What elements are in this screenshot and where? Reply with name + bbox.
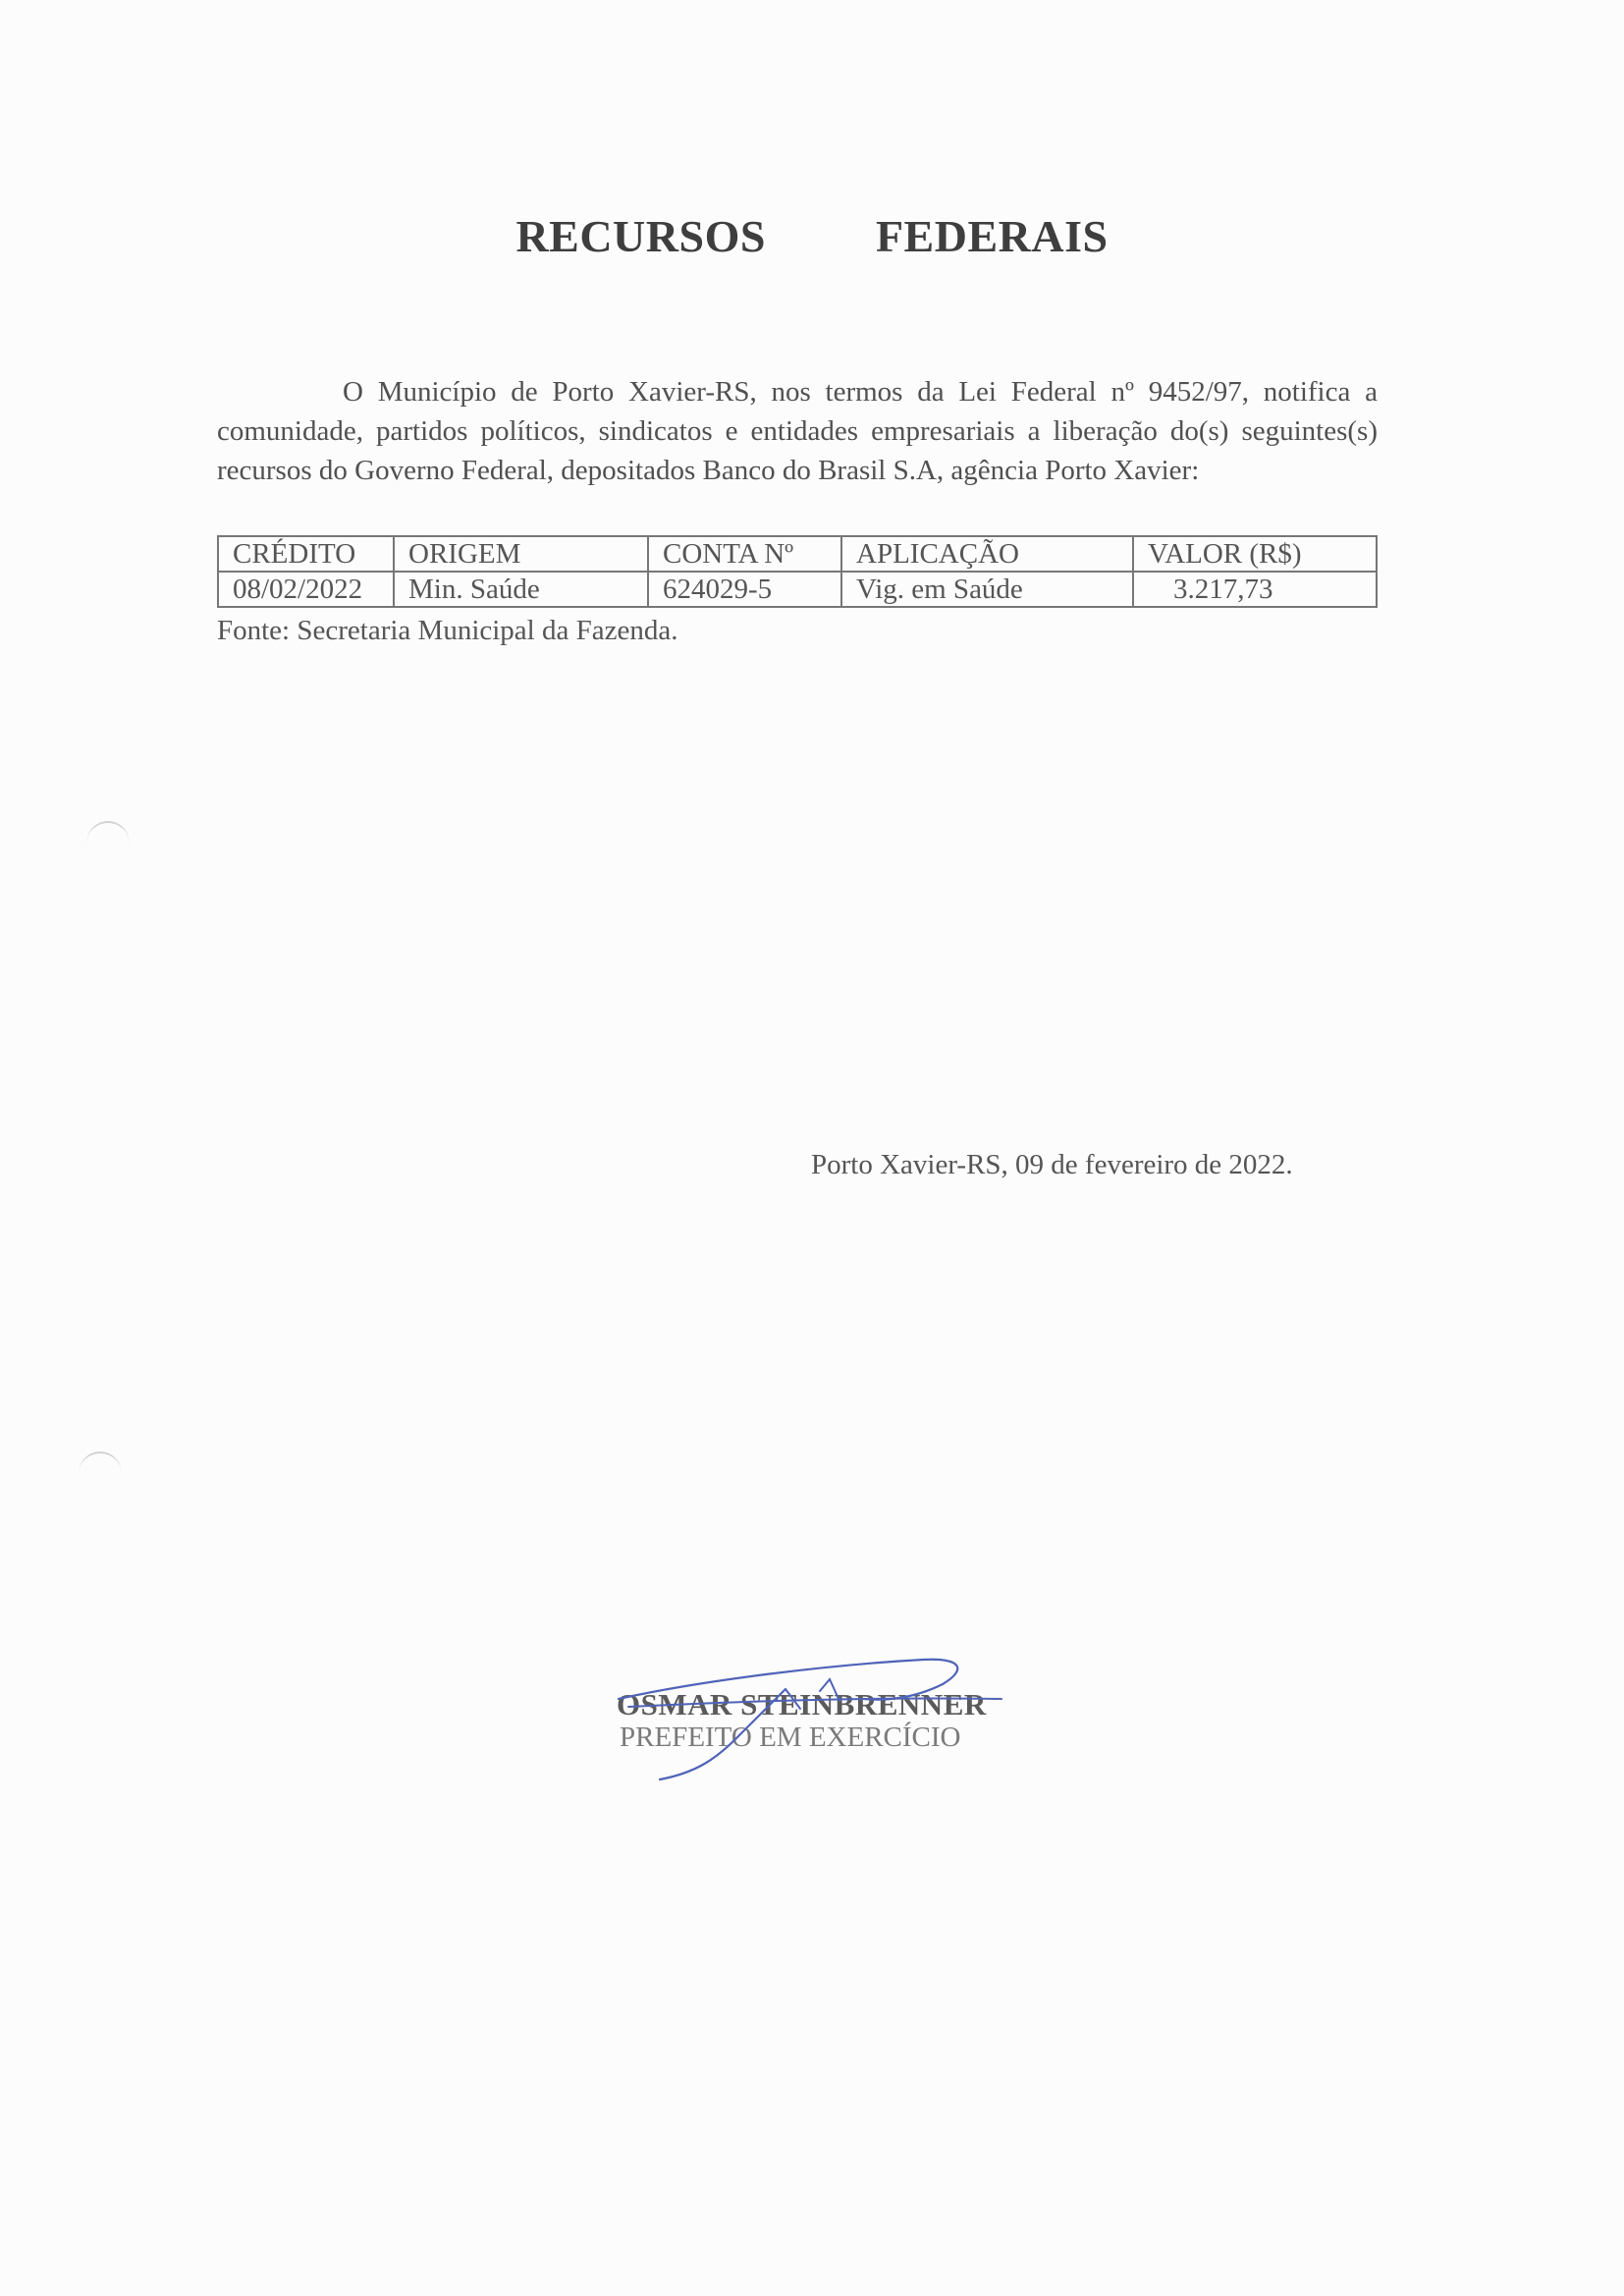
punch-hole-mark bbox=[86, 821, 130, 866]
cell-account: 624029-5 bbox=[648, 572, 841, 607]
column-header: ORIGEM bbox=[394, 536, 648, 572]
cell-value: 3.217,73 bbox=[1133, 572, 1377, 607]
title-word: RECURSOS bbox=[515, 210, 766, 262]
column-header: VALOR (R$) bbox=[1133, 536, 1377, 572]
cell-credit-date: 08/02/2022 bbox=[218, 572, 394, 607]
cell-application: Vig. em Saúde bbox=[841, 572, 1133, 607]
title-word: FEDERAIS bbox=[876, 210, 1109, 262]
cell-origin: Min. Saúde bbox=[394, 572, 648, 607]
column-header: CRÉDITO bbox=[218, 536, 394, 572]
column-header: CONTA Nº bbox=[648, 536, 841, 572]
funds-table: CRÉDITO ORIGEM CONTA Nº APLICAÇÃO VALOR … bbox=[217, 535, 1378, 608]
table-row: 08/02/2022 Min. Saúde 624029-5 Vig. em S… bbox=[218, 572, 1377, 607]
place-date: Porto Xavier-RS, 09 de fevereiro de 2022… bbox=[811, 1149, 1293, 1181]
signer-name: OSMAR STEINBRENNER bbox=[617, 1687, 987, 1722]
table-header-row: CRÉDITO ORIGEM CONTA Nº APLICAÇÃO VALOR … bbox=[218, 536, 1377, 572]
source-note: Fonte: Secretaria Municipal da Fazenda. bbox=[217, 615, 677, 647]
signer-role: PREFEITO EM EXERCÍCIO bbox=[620, 1722, 960, 1754]
intro-paragraph: O Município de Porto Xavier-RS, nos term… bbox=[217, 372, 1378, 490]
page-title: RECURSOS FEDERAIS bbox=[0, 210, 1624, 262]
punch-hole-mark bbox=[79, 1451, 122, 1497]
column-header: APLICAÇÃO bbox=[841, 536, 1133, 572]
